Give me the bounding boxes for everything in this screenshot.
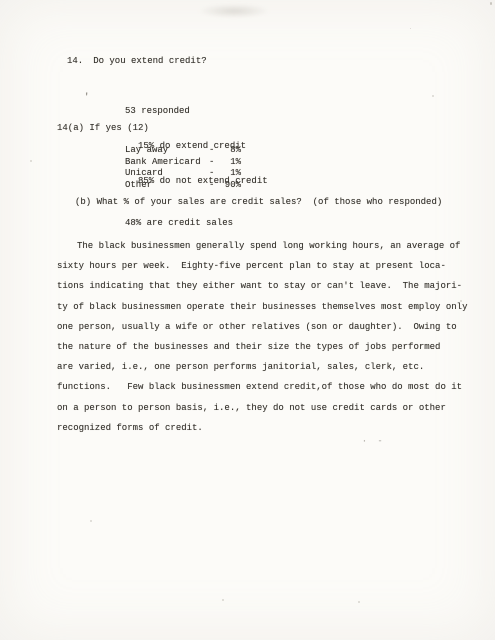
- table-row: Bank Americard - 1%: [125, 157, 241, 169]
- stray-mark: ': [84, 92, 89, 102]
- credit-item-value: 90%: [221, 180, 241, 192]
- scan-speck: [90, 520, 92, 522]
- credit-item-label: Unicard: [125, 168, 207, 180]
- table-row: Other - 90%: [125, 180, 241, 192]
- credit-type-table: Lay away - 8% Bank Americard - 1% Unicar…: [125, 145, 241, 192]
- scan-speck: [30, 160, 32, 162]
- dash-separator: -: [207, 157, 221, 169]
- question-14: 14. Do you extend credit?: [67, 56, 207, 66]
- credit-item-value: 8%: [221, 145, 241, 157]
- credit-item-label: Other: [125, 180, 207, 192]
- question-14b-answer: 48% are credit sales: [125, 218, 233, 228]
- scan-speck: [358, 601, 360, 603]
- credit-item-value: 1%: [221, 157, 241, 169]
- scan-speck: [490, 2, 492, 5]
- question-14a-label: 14(a) If yes (12): [57, 123, 149, 133]
- dash-separator: -: [207, 180, 221, 192]
- credit-item-label: Bank Americard: [125, 157, 207, 169]
- question-14-number: 14.: [67, 56, 83, 66]
- credit-item-label: Lay away: [125, 145, 207, 157]
- scan-speck: [410, 28, 411, 29]
- scan-artifact-dot-dash: · -: [362, 437, 385, 446]
- response-count: 53 responded: [125, 106, 268, 118]
- table-row: Lay away - 8%: [125, 145, 241, 157]
- question-14-text: Do you extend credit?: [93, 56, 206, 66]
- question-14b-label: (b) What % of your sales are credit sale…: [75, 197, 442, 207]
- dash-separator: -: [207, 168, 221, 180]
- scan-speck: [222, 599, 224, 601]
- scanned-document-page: ' · - 14. Do you extend credit? 53 respo…: [0, 0, 495, 640]
- scan-smudge: [198, 4, 270, 18]
- body-paragraph: The black businessmen generally spend lo…: [57, 236, 471, 438]
- credit-item-value: 1%: [221, 168, 241, 180]
- dash-separator: -: [207, 145, 221, 157]
- table-row: Unicard - 1%: [125, 168, 241, 180]
- scan-speck: [432, 95, 434, 97]
